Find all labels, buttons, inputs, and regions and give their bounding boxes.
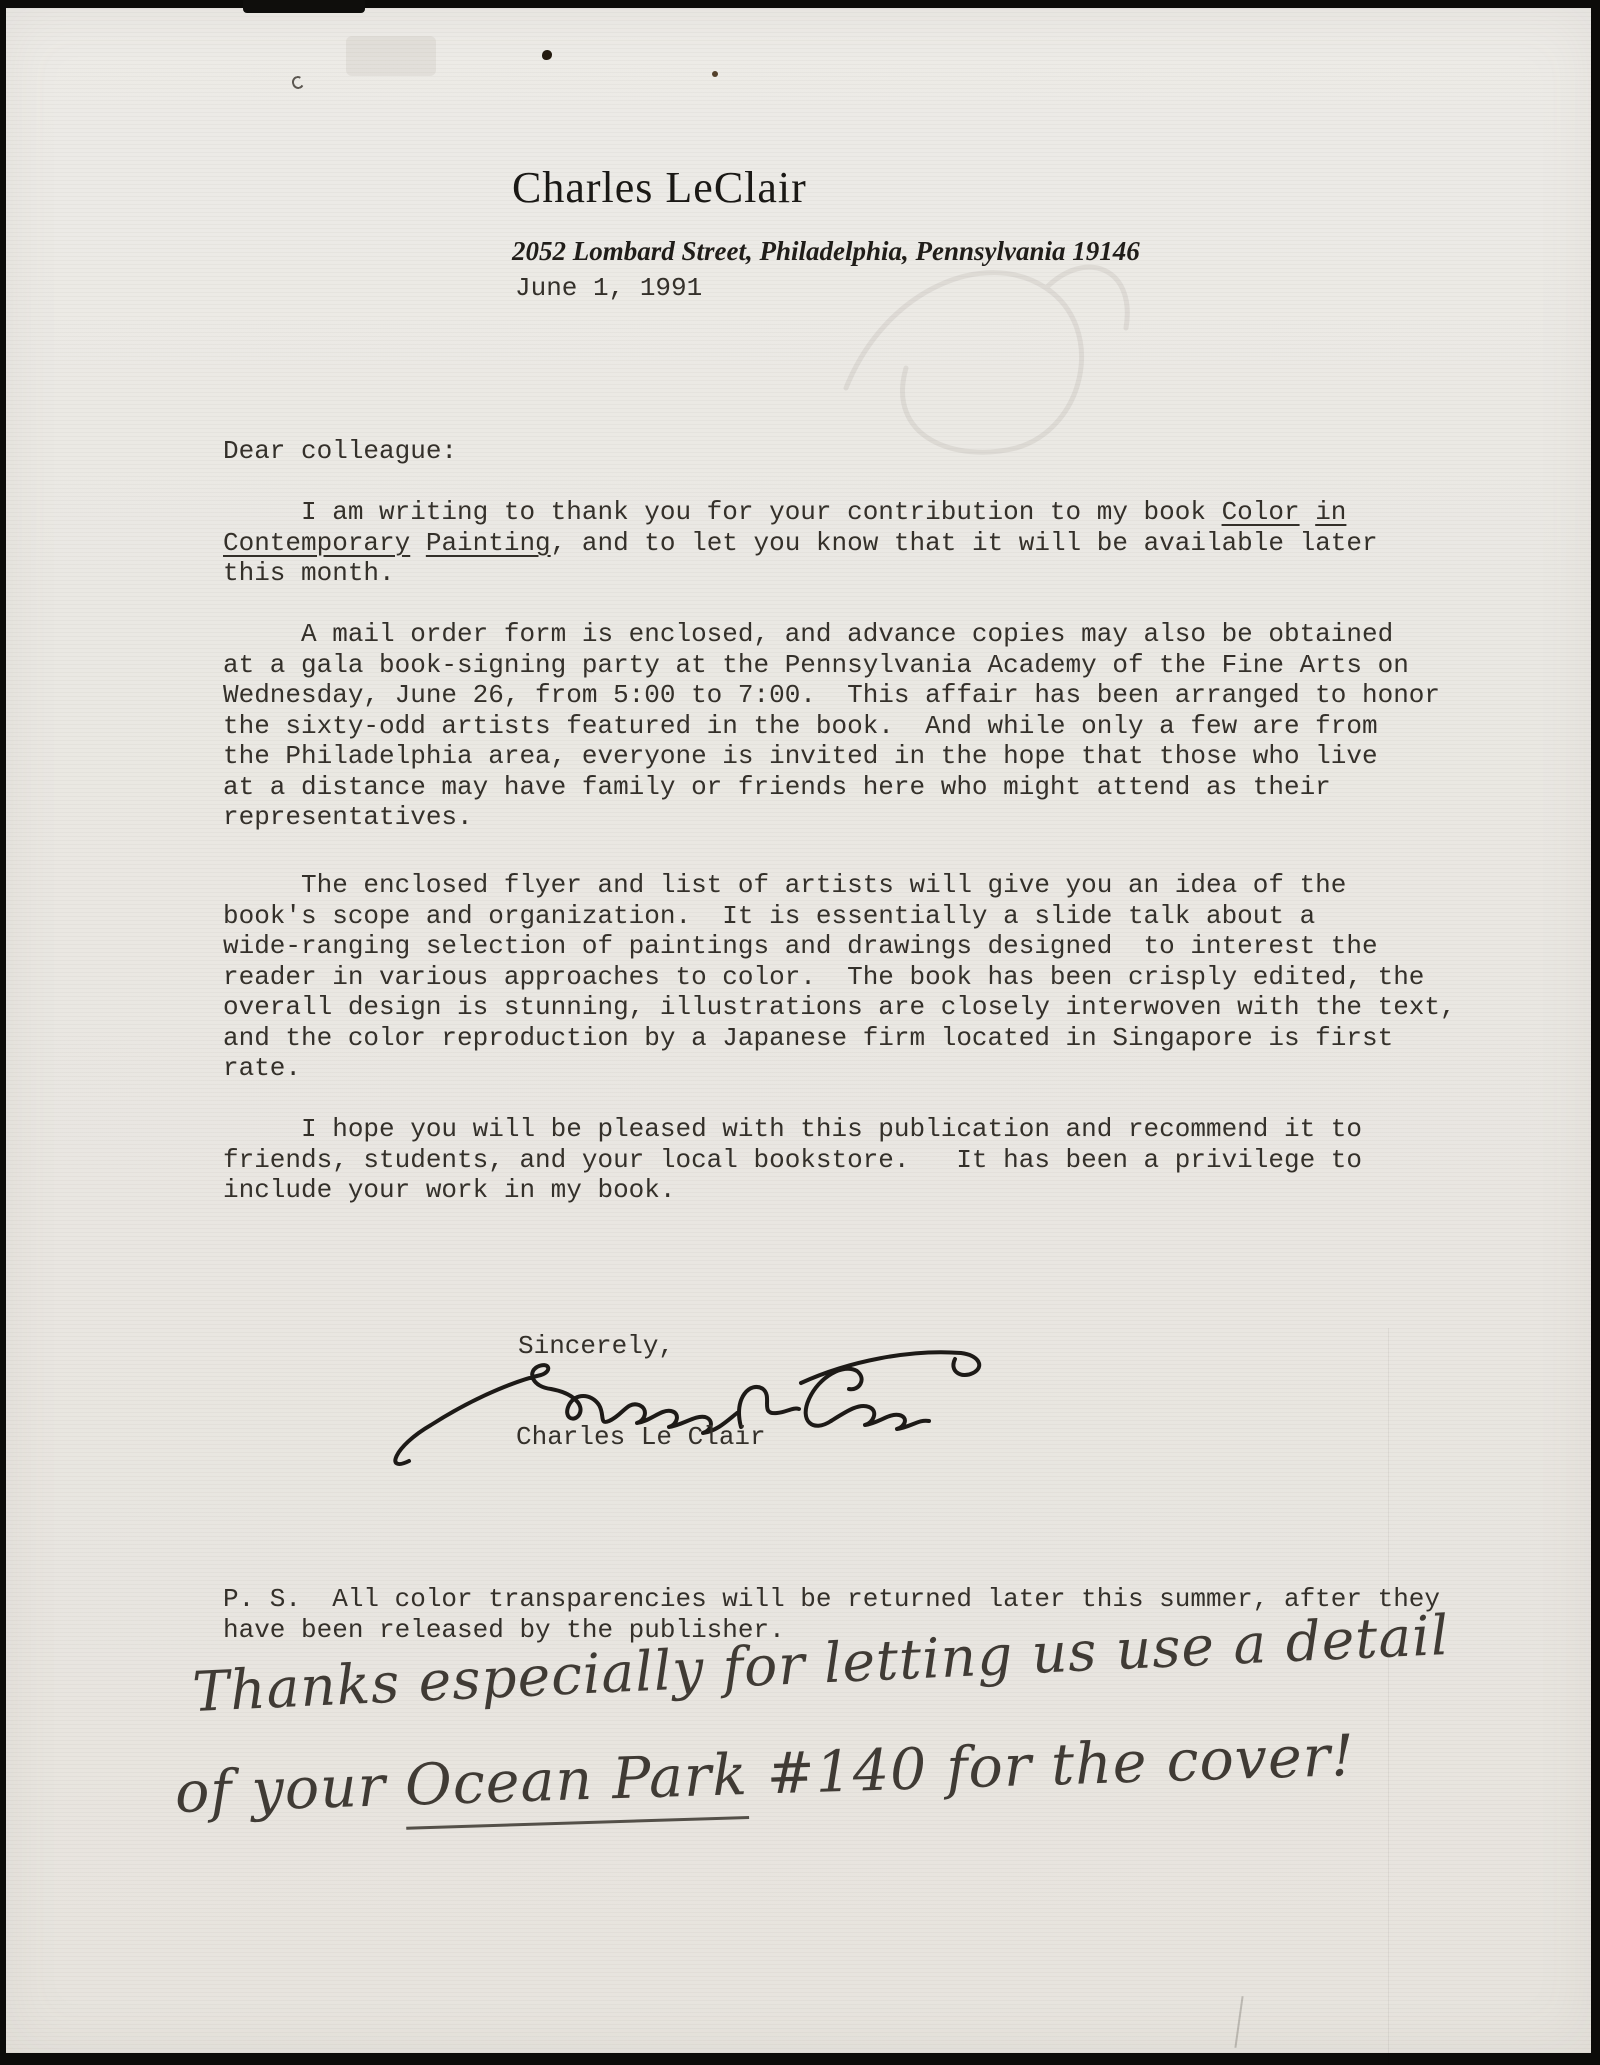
typed-line: overall design is stunning, illustration… — [223, 992, 1456, 1023]
paragraph-1: I am writing to thank you for your contr… — [223, 497, 1378, 589]
typed-text: I hope you will be pleased with this pub… — [223, 1114, 1362, 1144]
typed-line: include your work in my book. — [223, 1175, 1362, 1206]
typed-text: I am writing to thank you for your contr… — [223, 497, 1222, 527]
stray-c-mark — [291, 75, 306, 91]
typed-line: rate. — [223, 1053, 1456, 1084]
typed-text: The enclosed flyer and list of artists w… — [223, 870, 1346, 900]
typed-text: , and to let you know that it will be av… — [551, 528, 1378, 558]
typed-line: wide-ranging selection of paintings and … — [223, 931, 1456, 962]
typed-text: friends, students, and your local bookst… — [223, 1145, 1362, 1175]
typed-text: rate. — [223, 1053, 301, 1083]
typed-text: the sixty-odd artists featured in the bo… — [223, 711, 1378, 741]
paragraph-3: The enclosed flyer and list of artists w… — [223, 870, 1456, 1084]
handwritten-signature-scrawl — [301, 1341, 991, 1476]
typed-line: A mail order form is enclosed, and advan… — [223, 619, 1440, 650]
letterhead-address: 2052 Lombard Street, Philadelphia, Penns… — [512, 237, 1140, 267]
ocean-park-underlined: Ocean Park — [404, 1742, 749, 1830]
typed-text — [410, 528, 426, 558]
handwritten-note-line2-end: for the cover! — [926, 1723, 1356, 1802]
typed-text: include your work in my book. — [223, 1175, 675, 1205]
typed-text: at a gala book-signing party at the Penn… — [223, 650, 1409, 680]
salutation: Dear colleague: — [223, 436, 457, 467]
typed-line: and the color reproduction by a Japanese… — [223, 1023, 1456, 1054]
typed-text: reader in various approaches to color. T… — [223, 962, 1424, 992]
paper-smudge — [346, 36, 436, 76]
typed-line: the sixty-odd artists featured in the bo… — [223, 711, 1440, 742]
paragraph-2: A mail order form is enclosed, and advan… — [223, 619, 1440, 833]
typed-text: and the color reproduction by a Japanese… — [223, 1023, 1393, 1053]
typed-line: The enclosed flyer and list of artists w… — [223, 870, 1456, 901]
typed-line: at a distance may have family or friends… — [223, 772, 1440, 803]
ink-speck-large — [542, 50, 552, 60]
typed-line: P. S. All color transparencies will be r… — [223, 1584, 1440, 1615]
paper-crease-bottom — [1234, 1996, 1243, 2048]
typed-line: representatives. — [223, 802, 1440, 833]
underlined-text: Contemporary — [223, 528, 410, 558]
top-border-blob — [243, 0, 365, 13]
underlined-text: Painting — [426, 528, 551, 558]
typed-line: book's scope and organization. It is ess… — [223, 901, 1456, 932]
underlined-text: in — [1315, 497, 1346, 527]
typed-line: I am writing to thank you for your contr… — [223, 497, 1378, 528]
typed-line: friends, students, and your local bookst… — [223, 1145, 1362, 1176]
typed-text: at a distance may have family or friends… — [223, 772, 1331, 802]
letter-paper: Charles LeClair 2052 Lombard Street, Phi… — [6, 8, 1591, 2053]
typed-text — [1300, 497, 1316, 527]
ink-speck-small — [712, 71, 718, 77]
typed-text: this month. — [223, 558, 395, 588]
typed-line: this month. — [223, 558, 1378, 589]
handwritten-note-line2-start: of your — [174, 1753, 406, 1826]
signature-typed-name: Charles Le Clair — [516, 1422, 766, 1453]
typed-line: I hope you will be pleased with this pub… — [223, 1114, 1362, 1145]
typed-line: the Philadelphia area, everyone is invit… — [223, 741, 1440, 772]
paper-crease-vertical — [1388, 1328, 1389, 2065]
paragraph-4: I hope you will be pleased with this pub… — [223, 1114, 1362, 1206]
typed-text: book's scope and organization. It is ess… — [223, 901, 1315, 931]
typed-text: representatives. — [223, 802, 473, 832]
typed-line: Wednesday, June 26, from 5:00 to 7:00. T… — [223, 680, 1440, 711]
letterhead-name: Charles LeClair — [512, 164, 807, 212]
typed-text: A mail order form is enclosed, and advan… — [223, 619, 1393, 649]
typed-line: reader in various approaches to color. T… — [223, 962, 1456, 993]
typed-line: Contemporary Painting, and to let you kn… — [223, 528, 1378, 559]
typed-text: the Philadelphia area, everyone is invit… — [223, 741, 1378, 771]
handwritten-note-line2: of your Ocean Park #140 for the cover! — [174, 1723, 1356, 1826]
typed-text: P. S. All color transparencies will be r… — [223, 1584, 1440, 1614]
letter-date: June 1, 1991 — [515, 274, 702, 303]
handwritten-note-line2-number: #140 — [747, 1736, 929, 1808]
typed-line: at a gala book-signing party at the Penn… — [223, 650, 1440, 681]
typed-text: overall design is stunning, illustration… — [223, 992, 1456, 1022]
scanned-letter-page: Charles LeClair 2052 Lombard Street, Phi… — [0, 0, 1600, 2065]
underlined-text: Color — [1222, 497, 1300, 527]
typed-text: wide-ranging selection of paintings and … — [223, 931, 1378, 961]
typed-text: Wednesday, June 26, from 5:00 to 7:00. T… — [223, 680, 1440, 710]
